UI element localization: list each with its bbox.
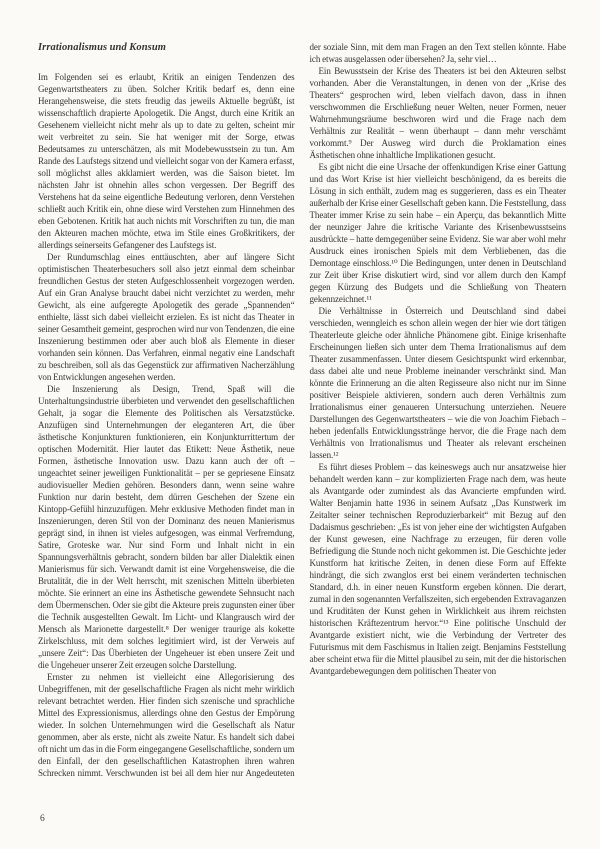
paragraph: Ein Bewusstsein der Krise des Theaters i… — [310, 65, 567, 161]
article-body: Irrationalismus und Konsum Im Folgenden … — [38, 41, 566, 798]
paragraph: Der Rundumschlag eines enttäuschten, abe… — [38, 251, 295, 383]
paragraph: Es führt dieses Problem – das keineswegs… — [310, 461, 567, 677]
page-number: 6 — [40, 814, 45, 824]
article-title: Irrationalismus und Konsum — [38, 41, 295, 54]
paragraph: Die Verhältnisse in Österreich und Deuts… — [310, 305, 567, 461]
paragraph: Die Inszenierung als Design, Trend, Spaß… — [38, 383, 295, 671]
paragraph: Im Folgenden sei es erlaubt, Kritik an e… — [38, 71, 295, 251]
paragraph: Es gibt nicht die eine Ursache der offen… — [310, 161, 567, 305]
document-page: Irrationalismus und Konsum Im Folgenden … — [0, 0, 600, 849]
